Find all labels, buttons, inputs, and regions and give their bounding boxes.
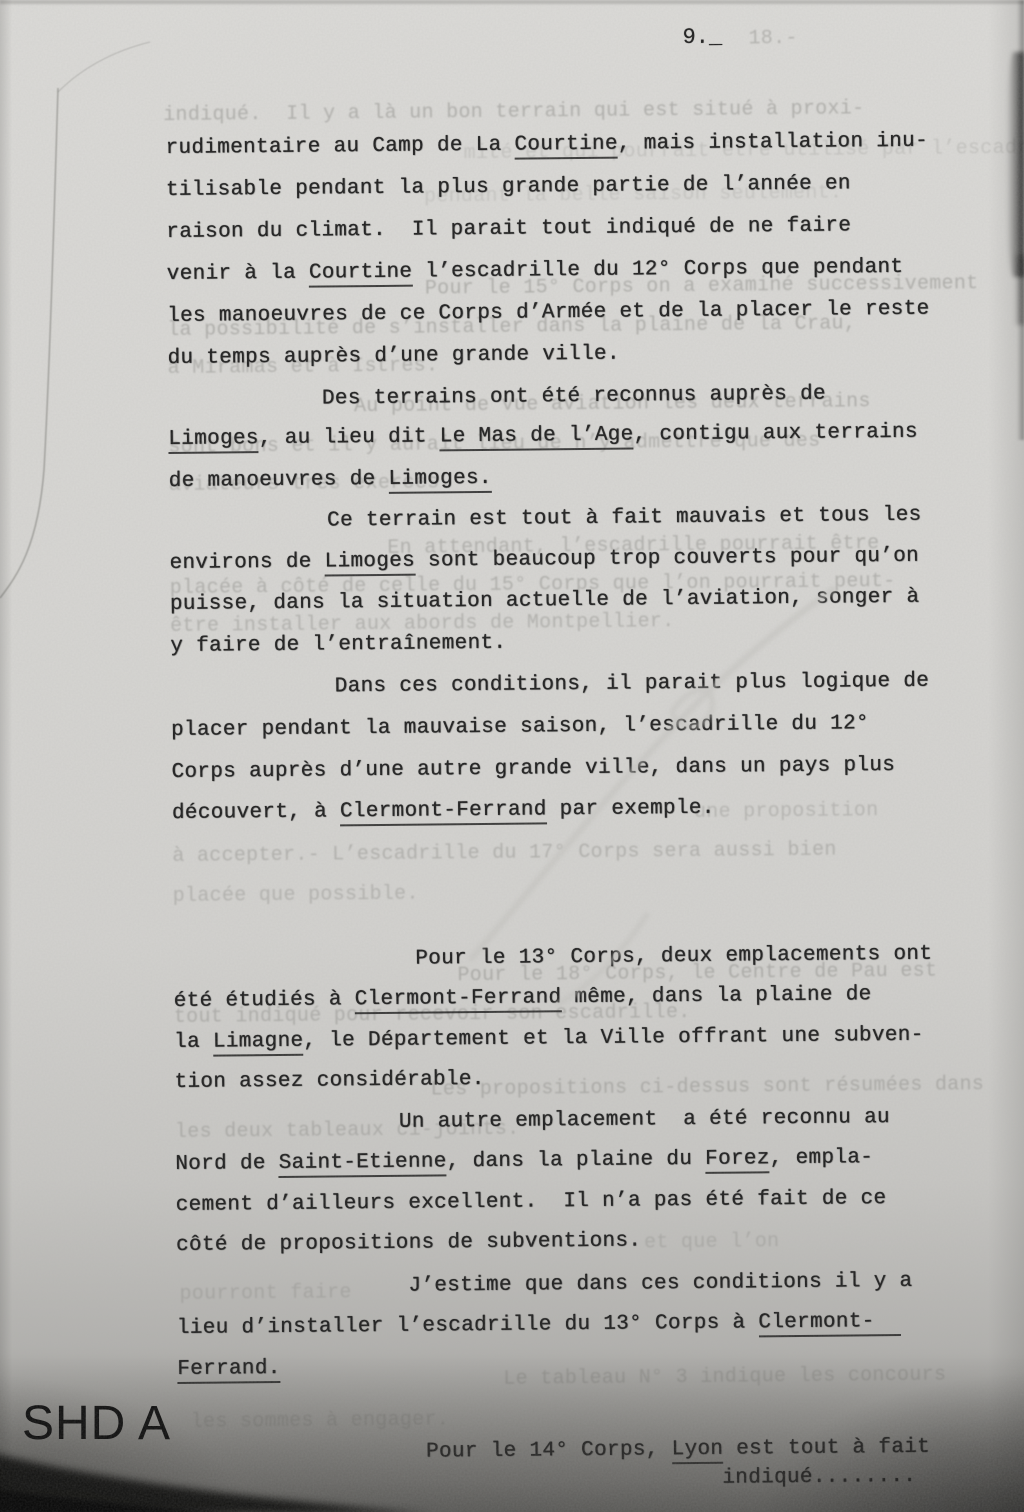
typed-line: indiqué........ [722, 1465, 916, 1491]
typed-line: du temps auprès d’une grande ville. [167, 343, 619, 371]
page-number: 9._ [682, 25, 722, 50]
typed-line: les manoeuvres de ce Corps d’Armée et de… [167, 298, 930, 329]
typed-line: tion assez considérable. [174, 1068, 484, 1095]
typed-line: venir à la Courtine l’escadrille du 12° … [167, 256, 904, 287]
typed-line: environs de Limoges sont beaucoup trop c… [169, 545, 919, 576]
typed-line: Pour le 13° Corps, deux emplacements ont [415, 943, 932, 972]
typed-line: J’estime que dans ces conditions il y a [408, 1270, 912, 1299]
typed-line: rudimentaire au Camp de La Courtine, mai… [165, 130, 928, 161]
typed-line: Corps auprès d’une autre grande ville, d… [171, 754, 895, 785]
typed-line: côté de propositions de subventions. [176, 1229, 641, 1257]
typed-line: Ferrand. [177, 1357, 281, 1382]
typed-line: raison du climat. Il parait tout indiqué… [166, 214, 851, 245]
typed-line: Nord de Saint-Etienne, dans la plaine du… [175, 1146, 873, 1177]
typed-line: cement d’ailleurs excellent. Il n’a pas … [176, 1187, 887, 1218]
typed-line: lieu d’installer l’escadrille du 13° Cor… [177, 1310, 901, 1341]
typed-line: été étudiés à Clermont-Ferrand même, dan… [174, 983, 872, 1014]
typed-line: Des terrains ont été reconnus auprès de [322, 383, 826, 412]
typed-line: y faire de l’entraînement. [170, 632, 506, 659]
typed-line: tilisable pendant la plus grande partie … [166, 172, 851, 203]
typed-line: Pour le 14° Corps, Lyon est tout à fait [426, 1436, 930, 1465]
typed-content-tilt-wrapper: 18.-indiqué. Il y a là un bon terrain qu… [0, 0, 1024, 1512]
shd-archive-stamp: SHD A [22, 1396, 171, 1451]
scanned-document-page: 18.-indiqué. Il y a là un bon terrain qu… [0, 0, 1024, 1512]
typed-line: puisse, dans la situation actuelle de l’… [170, 586, 920, 617]
typed-line: Ce terrain est tout à fait mauvais et to… [327, 504, 922, 534]
typed-line: placer pendant la mauvaise saison, l’esc… [171, 712, 869, 743]
typed-line: Limoges, au lieu dit Le Mas de l’Age, co… [168, 421, 918, 452]
typed-line: la Limagne, le Département et la Ville o… [174, 1024, 924, 1055]
typed-line: Dans ces conditions, il parait plus logi… [335, 670, 930, 700]
typed-line: découvert, à Clermont-Ferrand par exempl… [172, 797, 715, 826]
typed-line: de manoeuvres de Limoges. [169, 467, 492, 494]
typed-line: Un autre emplacement a été reconnu au [399, 1106, 890, 1135]
typed-text-layer: 9._ rudimentaire au Camp de La Courtine,… [0, 0, 1024, 1512]
